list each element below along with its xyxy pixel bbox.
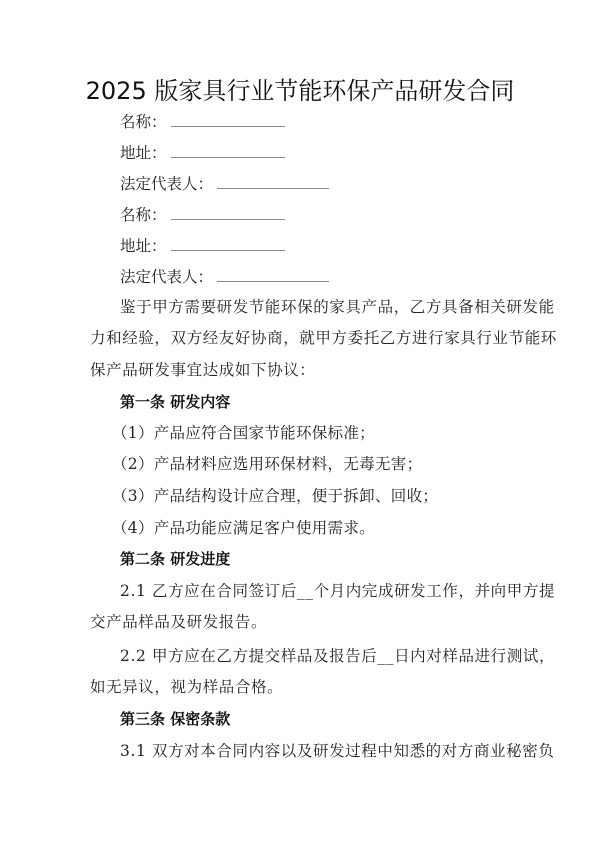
party-b-address-field: 地址： [120,236,285,256]
party-b-address-blank [171,236,285,251]
preamble-line-3: 保产品研发事宜达成如下协议： [90,360,512,380]
document-page: 2025 版家具行业节能环保产品研发合同 名称： 地址： 法定代表人： 名称： … [0,0,600,848]
party-b-name-label: 名称： [120,206,167,224]
section-3-heading: 第三条 保密条款 [120,709,230,729]
section-1-item-1: （1）产品应符合国家节能环保标准； [112,423,375,443]
party-a-legal-rep-field: 法定代表人： [120,174,329,194]
party-b-name-field: 名称： [120,205,285,225]
party-a-address-blank [171,143,285,158]
clause-2-2-line-1: 2.2 甲方应在乙方提交样品及报告后__日内对样品进行测试， [120,646,542,666]
party-b-legal-rep-blank [217,267,329,282]
party-a-legal-rep-label: 法定代表人： [120,175,213,193]
section-1-item-2: （2）产品材料应选用环保材料，无毒无害； [112,454,422,474]
section-1-item-3: （3）产品结构设计应合理，便于拆卸、回收； [112,486,438,506]
section-1-heading: 第一条 研发内容 [120,392,230,412]
party-a-name-blank [171,112,285,127]
party-b-legal-rep-label: 法定代表人： [120,268,213,286]
clause-2-2-line-2: 如无异议，视为样品合格。 [90,677,512,697]
section-1-item-4: （4）产品功能应满足客户使用需求。 [112,518,375,538]
party-a-address-field: 地址： [120,143,285,163]
preamble-line-1: 鉴于甲方需要研发节能环保的家具产品，乙方具备相关研发能 [120,297,542,317]
party-a-name-label: 名称： [120,113,167,131]
party-b-name-blank [171,205,285,220]
party-a-name-field: 名称： [120,112,285,132]
clause-3-1-line-1: 3.1 双方对本合同内容以及研发过程中知悉的对方商业秘密负 [120,741,542,761]
clause-2-1-line-1: 2.1 乙方应在合同签订后__个月内完成研发工作，并向甲方提 [120,581,542,601]
clause-2-1-line-2: 交产品样品及研发报告。 [90,612,512,632]
document-title: 2025 版家具行业节能环保产品研发合同 [0,76,600,106]
party-b-address-label: 地址： [120,237,167,255]
preamble-line-2: 力和经验，双方经友好协商，就甲方委托乙方进行家具行业节能环 [90,328,512,348]
party-a-address-label: 地址： [120,144,167,162]
party-a-legal-rep-blank [217,174,329,189]
section-2-heading: 第二条 研发进度 [120,549,230,569]
party-b-legal-rep-field: 法定代表人： [120,267,329,287]
